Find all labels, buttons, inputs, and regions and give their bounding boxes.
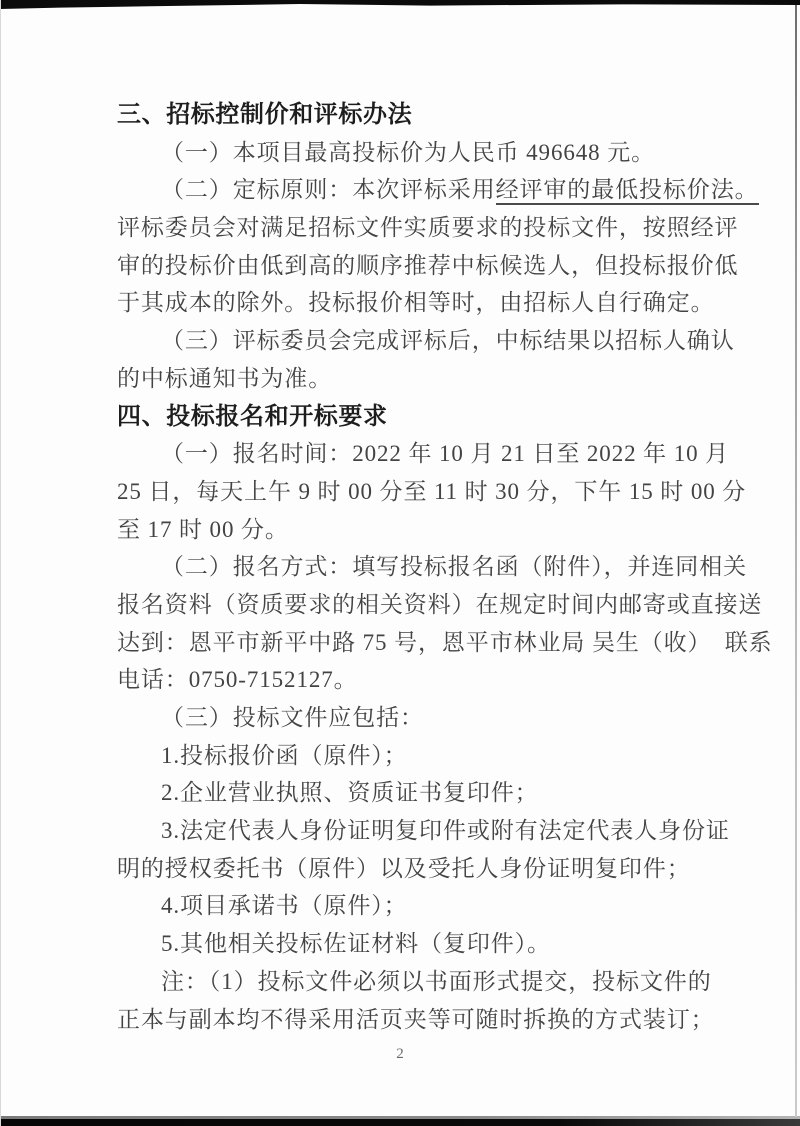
doc-list-item-4: 4.项目承诺书（原件）； xyxy=(117,887,717,925)
doc-line: 的中标通知书为准。 xyxy=(117,360,717,398)
doc-line-with-underline: （二）定标原则：本次评标采用经评审的最低投标价法。 xyxy=(117,171,717,209)
scanned-document-page: 三、招标控制价和评标办法 （一）本项目最高投标价为人民币 496648 元。 （… xyxy=(0,0,800,1126)
scan-edge-right-line xyxy=(795,5,797,1117)
doc-list-item-5: 5.其他相关投标佐证材料（复印件）。 xyxy=(117,925,717,963)
doc-line: 25 日，每天上午 9 时 00 分至 11 时 30 分，下午 15 时 00… xyxy=(117,473,717,511)
doc-line: 于其成本的除外。投标报价相等时，由招标人自行确定。 xyxy=(117,284,717,322)
doc-line: 审的投标价由低到高的顺序推荐中标候选人，但投标报价低 xyxy=(117,247,717,285)
doc-note-line: 注：（1）投标文件必须以书面形式提交，投标文件的 xyxy=(117,963,717,1001)
section-heading-4: 四、投标报名和开标要求 xyxy=(117,398,717,436)
doc-line: （一）本项目最高投标价为人民币 496648 元。 xyxy=(117,134,717,172)
doc-line: （三）评标委员会完成评标后，中标结果以招标人确认 xyxy=(117,322,717,360)
doc-line: 明的授权委托书（原件）以及受托人身份证明复印件； xyxy=(117,850,717,888)
doc-list-item-3: 3.法定代表人身份证明复印件或附有法定代表人身份证 xyxy=(117,812,717,850)
scan-edge-left-line xyxy=(0,0,1,1126)
page-number: 2 xyxy=(0,1044,800,1064)
doc-line: （三）投标文件应包括： xyxy=(117,699,717,737)
scan-edge-top xyxy=(0,0,800,9)
doc-line: 达到：恩平市新平中路 75 号，恩平市林业局 吴生（收） 联系 xyxy=(117,624,717,662)
doc-list-item-2: 2.企业营业执照、资质证书复印件； xyxy=(117,774,717,812)
doc-line: 至 17 时 00 分。 xyxy=(117,511,717,549)
doc-line: 报名资料（资质要求的相关资料）在规定时间内邮寄或直接送 xyxy=(117,586,717,624)
scan-edge-bottom xyxy=(0,1119,800,1126)
doc-line: （一）报名时间：2022 年 10 月 21 日至 2022 年 10 月 xyxy=(117,435,717,473)
doc-line: 评标委员会对满足招标文件实质要求的投标文件，按照经评 xyxy=(117,209,717,247)
doc-line-plain-part: （二）定标原则：本次评标采用 xyxy=(161,177,496,202)
section-heading-3: 三、招标控制价和评标办法 xyxy=(117,96,717,134)
doc-line: （二）报名方式：填写投标报名函（附件），并连同相关 xyxy=(117,548,717,586)
document-body: 三、招标控制价和评标办法 （一）本项目最高投标价为人民币 496648 元。 （… xyxy=(117,96,717,1038)
doc-line: 正本与副本均不得采用活页夹等可随时拆换的方式装订； xyxy=(117,1001,717,1039)
underlined-phrase: 经评审的最低投标价法。 xyxy=(496,177,759,205)
doc-list-item-1: 1.投标报价函（原件）； xyxy=(117,737,717,775)
doc-line: 电话：0750-7152127。 xyxy=(117,661,717,699)
